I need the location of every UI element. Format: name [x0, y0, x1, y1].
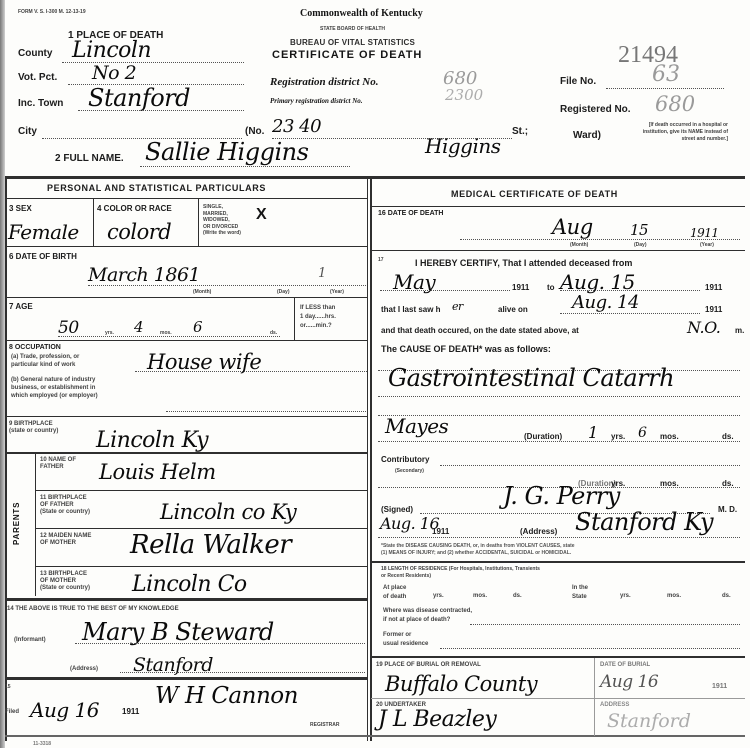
medical-address-label: (Address) — [520, 527, 557, 536]
duration-label: (Duration) — [524, 432, 562, 441]
color-label: 4 COLOR OR RACE — [97, 204, 172, 213]
commonwealth-title: Commonwealth of Kentucky — [300, 8, 423, 19]
filing-number: 15 — [5, 684, 11, 690]
at-place-yrs: yrs. — [433, 593, 444, 599]
mother-birthplace-label: 13 BIRTHPLACE OF MOTHER (State or countr… — [40, 571, 90, 592]
duration-mos-caption: mos. — [660, 432, 679, 441]
dob-year-caption: (Year) — [330, 289, 344, 295]
contracted-label: Where was disease contracted, if not at … — [383, 607, 472, 625]
vot-pct-value: No 2 — [92, 62, 136, 84]
contributory-ds-caption: ds. — [722, 479, 734, 488]
informant-heading: 14 THE ABOVE IS TRUE TO THE BEST OF MY K… — [7, 606, 179, 612]
death-time: N.O. — [687, 318, 720, 337]
cause-footnote: *State the DISEASE CAUSING DEATH, or, in… — [381, 543, 575, 557]
secondary-label: (Secondary) — [395, 468, 424, 474]
at-place-mos: mos. — [473, 593, 487, 599]
informant-label: (Informant) — [14, 637, 46, 643]
father-name-label: 10 NAME OF FATHER — [40, 457, 76, 471]
dod-month-caption: (Month) — [570, 242, 588, 248]
informant-address-label: (Address) — [70, 666, 98, 672]
father-birthplace-label: 11 BIRTHPLACE OF FATHER (State or countr… — [40, 495, 90, 516]
registrar-caption: REGISTRAR — [310, 722, 339, 728]
number-value: 23 40 — [272, 116, 321, 137]
dod-year: 1911 — [690, 226, 719, 240]
birthplace-value: Lincoln Ky — [96, 428, 208, 453]
death-time-suffix: m. — [735, 326, 744, 335]
number-label: (No. — [245, 126, 264, 137]
cause-line2: Mayes — [385, 414, 448, 438]
filed-label: Filed — [5, 709, 19, 715]
duration-yrs: 1 — [588, 423, 598, 442]
burial-place-label: 19 PLACE OF BURIAL OR REMOVAL — [376, 662, 481, 668]
md-caption: M. D. — [718, 505, 737, 514]
dod-year-caption: (Year) — [700, 242, 714, 248]
medical-heading: MEDICAL CERTIFICATE OF DEATH — [451, 189, 618, 199]
death-certificate: FORM V. S. I-300 M. 12-13-19 Commonwealt… — [0, 0, 750, 748]
in-state-ds: ds. — [722, 593, 731, 599]
burial-date-value: Aug 16 — [600, 672, 658, 692]
county-value: Lincoln — [72, 38, 151, 63]
dod-month: Aug — [552, 215, 593, 239]
dob-label: 6 DATE OF BIRTH — [9, 252, 77, 261]
color-value: colord — [107, 220, 171, 244]
file-no-label: File No. — [560, 76, 596, 87]
registration-district-label: Registration district No. — [270, 76, 379, 88]
inc-town-label: Inc. Town — [18, 98, 63, 109]
contributory-label: Contributory — [381, 455, 429, 464]
signed-label: (Signed) — [381, 505, 413, 514]
undertaker-address-value: Stanford — [607, 710, 691, 732]
ward-label: Ward) — [573, 130, 601, 141]
hospital-note: [If death occurred in a hospital or inst… — [630, 122, 728, 143]
duration-yrs-caption: yrs. — [611, 432, 625, 441]
county-label: County — [18, 48, 52, 59]
in-state-mos: mos. — [667, 593, 681, 599]
dob-month-caption: (Month) — [193, 289, 211, 295]
full-name-label: 2 FULL NAME. — [55, 153, 124, 164]
personal-heading: PERSONAL AND STATISTICAL PARTICULARS — [47, 183, 266, 193]
age-label: 7 AGE — [9, 302, 33, 311]
primary-district-value: 2300 — [445, 86, 483, 104]
father-birthplace-value: Lincoln co Ky — [160, 500, 296, 524]
attended-from-year: 1911 — [512, 283, 529, 292]
medical-address-value: Stanford Ky — [575, 508, 713, 536]
undertaker-address-label: ADDRESS — [600, 702, 629, 708]
primary-district-label: Primary registration district No. — [270, 97, 363, 105]
at-place-label: At place of death — [383, 584, 406, 602]
certify-number: 17 — [378, 257, 384, 263]
sex-value: Female — [8, 220, 79, 244]
footer-code: 11-3318 — [33, 741, 51, 747]
file-no-value: 63 — [652, 62, 680, 87]
vot-pct-label: Vot. Pct. — [18, 72, 57, 83]
st-label: St.; — [512, 126, 528, 137]
residence-heading: 18 LENGTH OF RESIDENCE (For Hospitals, I… — [381, 566, 540, 580]
contributory-mos-caption: mos. — [660, 479, 679, 488]
cause-heading: The CAUSE OF DEATH* was as follows: — [381, 344, 551, 354]
dob-day-value: 1 — [318, 266, 326, 281]
dod-label: 16 DATE OF DEATH — [378, 210, 443, 217]
burial-date-year: 1911 — [712, 683, 727, 690]
registrar-signature: W H Cannon — [155, 683, 298, 709]
undertaker-value: J L Beazley — [378, 707, 496, 732]
filed-year: 1911 — [122, 707, 139, 716]
dob-day-caption: (Day) — [277, 289, 290, 295]
registered-no-label: Registered No. — [560, 104, 631, 115]
in-state-label: In the State — [572, 584, 588, 602]
last-saw-text: that I last saw h — [381, 305, 441, 314]
duration-mos: 6 — [638, 425, 646, 441]
dod-day: 15 — [630, 221, 648, 239]
age-days: 6 — [193, 318, 202, 336]
form-id: FORM V. S. I-300 M. 12-13-19 — [18, 9, 86, 15]
last-saw-pronoun: er — [452, 300, 463, 313]
city-label: City — [18, 126, 37, 137]
full-name-annotation: Higgins — [425, 134, 500, 158]
signed-value: J. G. Perry — [503, 482, 620, 510]
age-months: 4 — [134, 318, 143, 336]
last-saw-date: Aug. 14 — [572, 292, 639, 313]
inc-town-value: Stanford — [88, 84, 190, 112]
dob-value: March 1861 — [88, 264, 200, 286]
full-name-value: Sallie Higgins — [145, 138, 308, 166]
board-title: STATE BOARD OF HEALTH — [320, 26, 385, 32]
occupation-b-label: (b) General nature of industry business,… — [11, 376, 98, 400]
duration-ds-caption: ds. — [722, 432, 734, 441]
in-state-yrs: yrs. — [620, 593, 631, 599]
at-place-ds: ds. — [513, 593, 522, 599]
to-label: to — [547, 283, 555, 292]
marital-value: X — [256, 206, 267, 224]
less-than-day: If LESS than 1 day......hrs. or......min… — [300, 304, 336, 331]
filed-date: Aug 16 — [30, 698, 99, 722]
mother-name-label: 12 MAIDEN NAME OF MOTHER — [40, 533, 91, 547]
parents-side-label: PARENTS — [12, 502, 21, 545]
cause-value: Gastrointestinal Catarrh — [388, 364, 674, 392]
bureau-title: BUREAU OF VITAL STATISTICS — [290, 38, 415, 47]
certify-text: I HEREBY CERTIFY, That I attended deceas… — [415, 258, 632, 268]
certificate-title: CERTIFICATE OF DEATH — [272, 49, 422, 61]
signed-date: Aug. 16 — [380, 514, 439, 533]
last-saw-year: 1911 — [705, 305, 722, 314]
former-residence-label: Former or usual residence — [383, 631, 428, 649]
birthplace-label: 9 BIRTHPLACE (state or country) — [9, 421, 58, 435]
burial-date-label: DATE OF BURIAL — [600, 662, 650, 668]
signed-year: 1911 — [432, 527, 449, 536]
attended-to-year: 1911 — [705, 283, 722, 292]
father-name-value: Louis Helm — [99, 460, 216, 484]
informant-value: Mary B Steward — [82, 618, 274, 646]
alive-on-text: alive on — [498, 305, 528, 314]
dod-day-caption: (Day) — [634, 242, 647, 248]
age-years: 50 — [58, 318, 79, 338]
mother-name-value: Rella Walker — [130, 530, 291, 560]
occupation-label: 8 OCCUPATION — [9, 344, 61, 351]
marital-label: SINGLE, MARRIED, WIDOWED, OR DIVORCED (W… — [203, 204, 241, 237]
mother-birthplace-value: Lincoln Co — [132, 572, 247, 597]
death-occured-text: and that death occured, on the date stat… — [381, 326, 579, 335]
sex-label: 3 SEX — [9, 204, 32, 213]
occupation-a-label: (a) Trade, profession, or particular kin… — [11, 353, 79, 369]
registered-no-value: 680 — [655, 92, 695, 116]
burial-place-value: Buffalo County — [385, 672, 537, 696]
